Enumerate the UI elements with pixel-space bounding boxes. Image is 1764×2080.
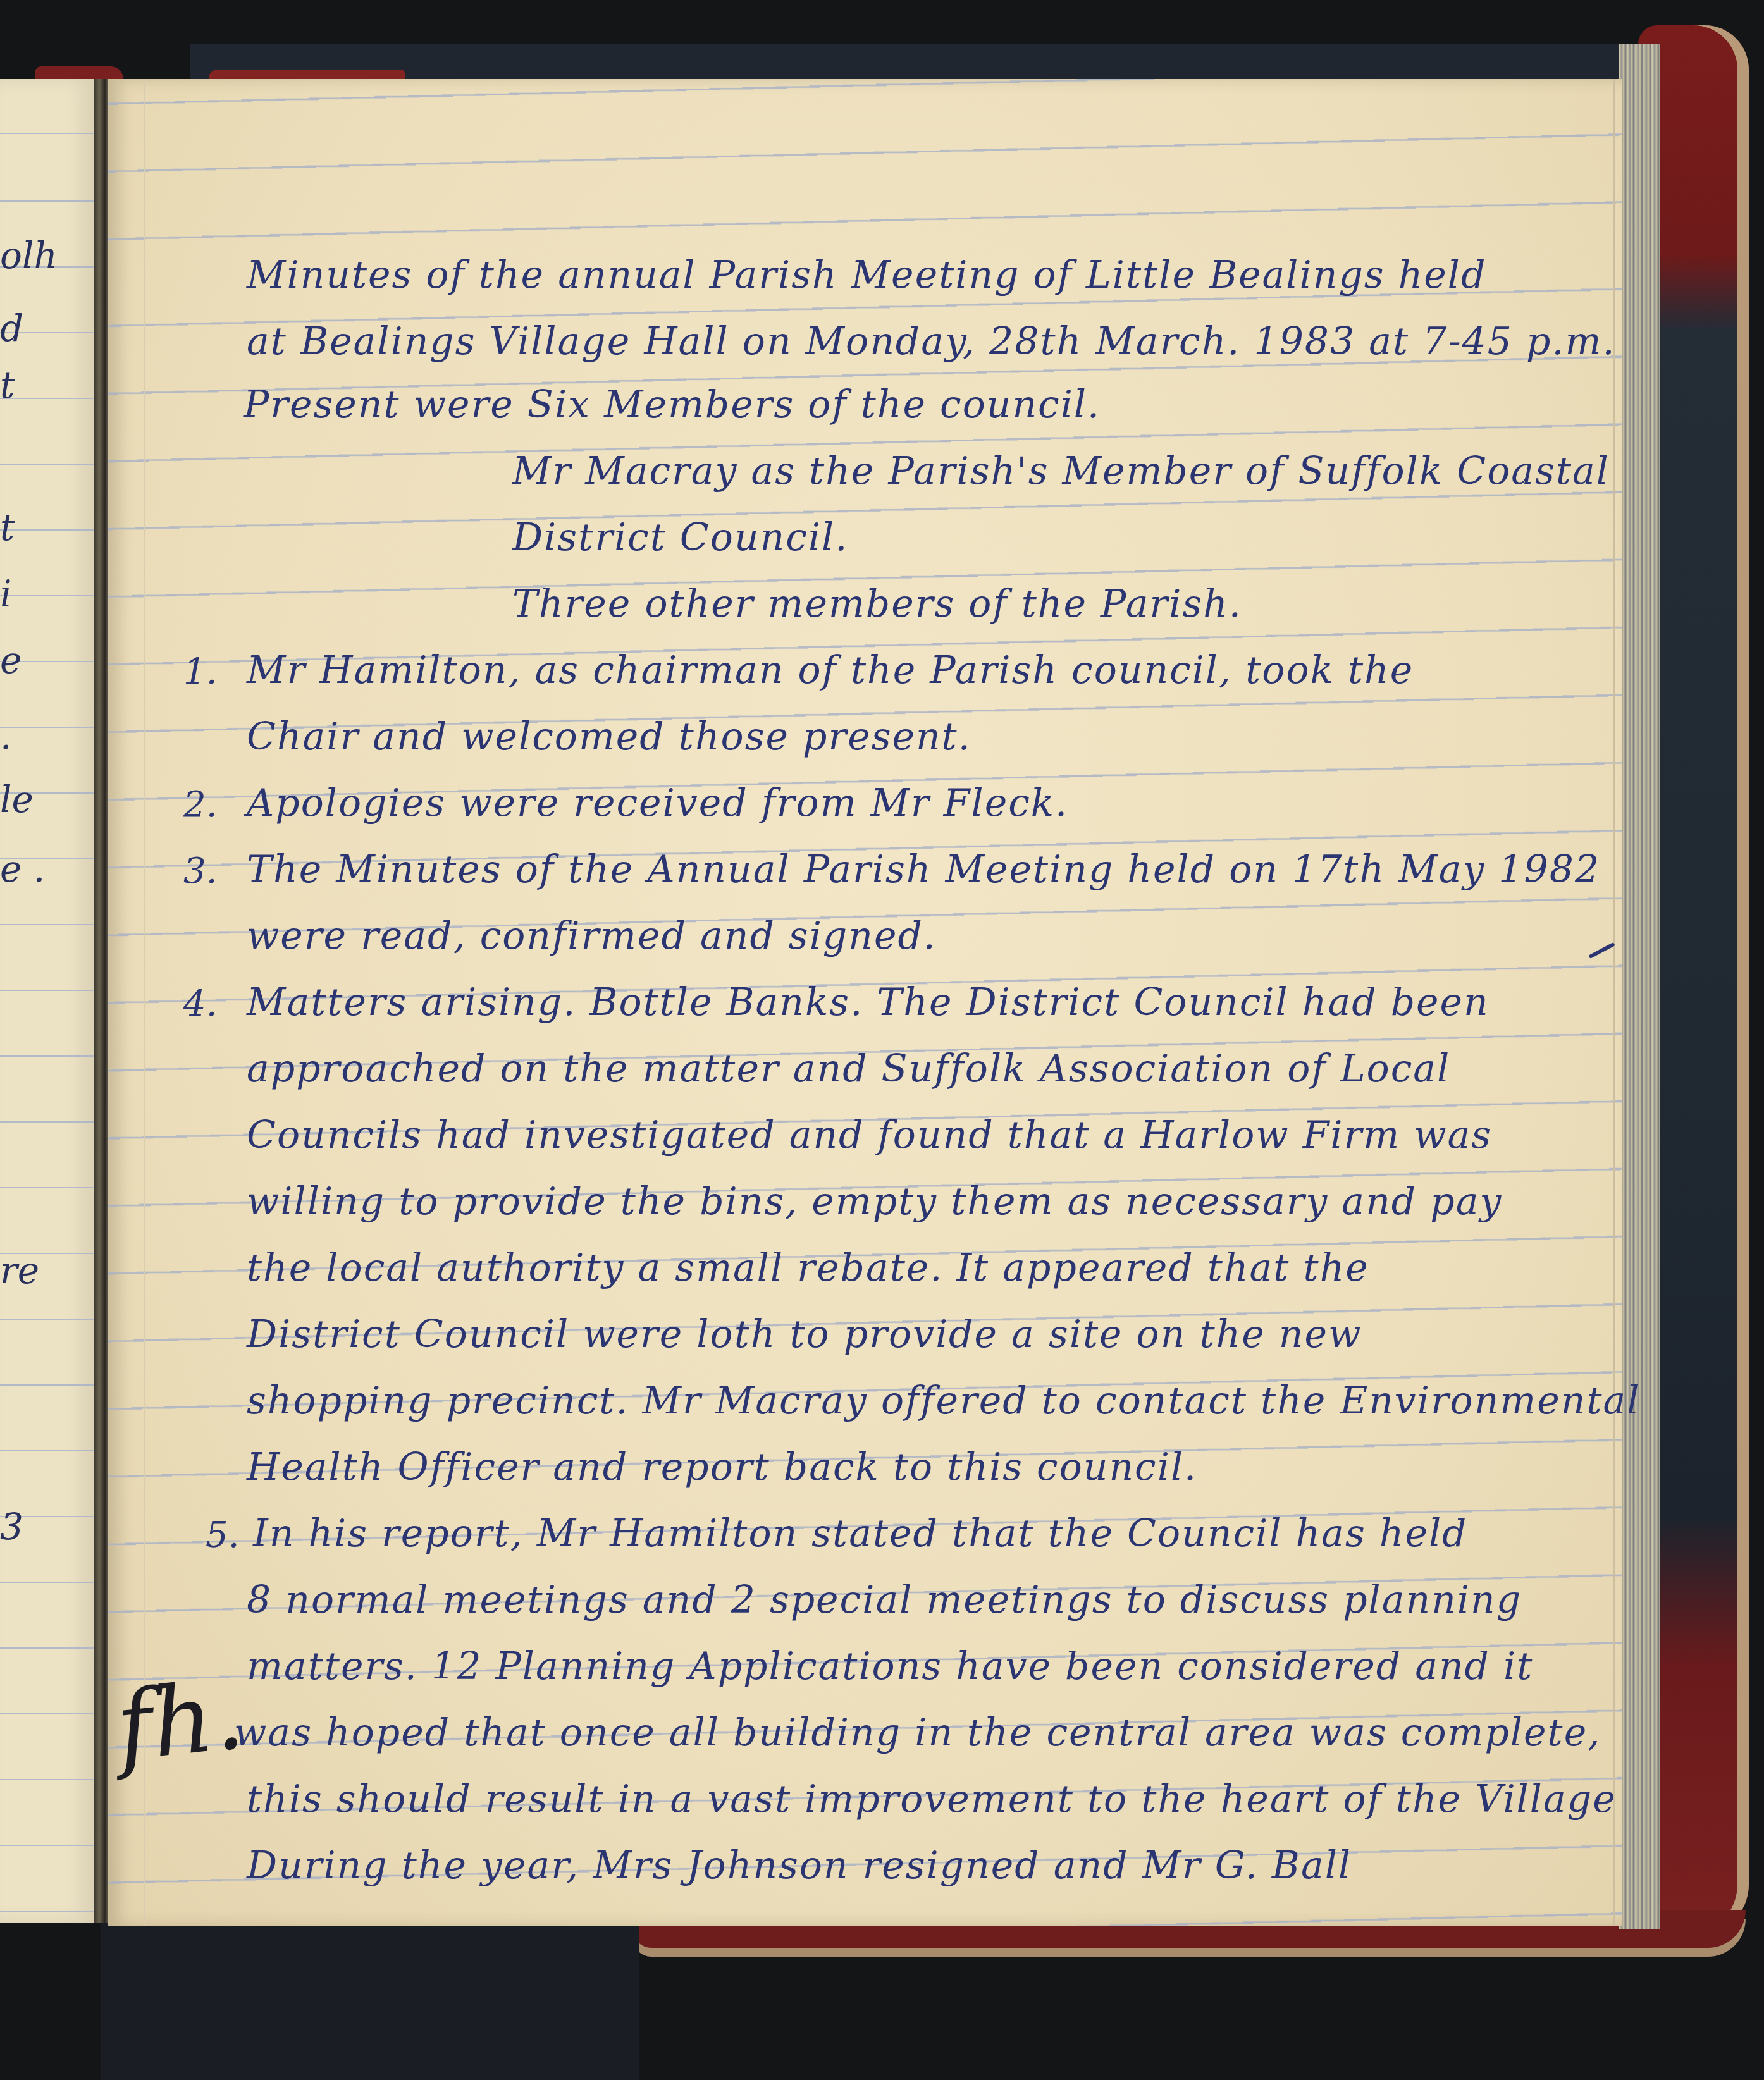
left-fragment: .: [0, 715, 82, 758]
left-fragment: t: [0, 364, 82, 407]
book-cover-spine: [190, 44, 1720, 82]
left-page: olh d t t i e . le e . re 3: [0, 79, 95, 1923]
item-line: Matters arising. Bottle Banks. The Distr…: [247, 983, 1490, 1021]
left-fragment: re: [0, 1249, 82, 1292]
item-number: 2.: [183, 784, 217, 825]
book-cover-bottom-dark: [101, 1923, 639, 2080]
item-line: Health Officer and report back to this c…: [247, 1448, 1197, 1486]
minutes-heading-line: Minutes of the annual Parish Meeting of …: [247, 256, 1486, 294]
left-fragment: olh: [0, 234, 82, 277]
left-fragment: le: [0, 778, 82, 821]
item-line: willing to provide the bins, empty them …: [247, 1183, 1502, 1221]
item-line: approached on the matter and Suffolk Ass…: [247, 1050, 1450, 1088]
item-line: this should result in a vast improvement…: [247, 1780, 1617, 1818]
left-fragment: d: [0, 307, 82, 350]
item-line: matters. 12 Planning Applications have b…: [247, 1647, 1533, 1685]
item-line: Apologies were received from Mr Fleck.: [247, 784, 1068, 822]
item-line: the local authority a small rebate. It a…: [247, 1249, 1369, 1287]
item-number: 1.: [183, 651, 217, 692]
item-number: 3.: [183, 851, 217, 892]
minutes-present-line: Present were Six Members of the council.: [244, 386, 1101, 424]
item-line: 8 normal meetings and 2 special meetings…: [247, 1581, 1522, 1619]
left-fragment: i: [0, 572, 82, 615]
item-number: 5.: [206, 1515, 239, 1556]
item-line: In his report, Mr Hamilton stated that t…: [253, 1515, 1468, 1553]
left-fragment: 3: [0, 1505, 82, 1548]
page-edges: [1619, 44, 1660, 1929]
attendee-line: Three other members of the Parish.: [512, 585, 1242, 623]
page-margin-line-left: [144, 79, 145, 1926]
item-line: During the year, Mrs Johnson resigned an…: [247, 1847, 1352, 1885]
item-line: was hoped that once all building in the …: [234, 1714, 1601, 1752]
attendee-line: District Council.: [512, 519, 848, 557]
left-page-ruling: [0, 79, 95, 1923]
item-line: Mr Hamilton, as chairman of the Parish c…: [247, 651, 1414, 689]
attendee-line: Mr Macray as the Parish's Member of Suff…: [512, 452, 1610, 490]
left-fragment: t: [0, 506, 82, 549]
item-line: District Council were loth to provide a …: [247, 1315, 1362, 1353]
item-number: 4.: [183, 983, 217, 1025]
left-fragment: e: [0, 639, 82, 682]
item-line: shopping precinct. Mr Macray offered to …: [247, 1382, 1641, 1420]
left-fragment: e .: [0, 847, 82, 890]
margin-initials-signature: fh.: [111, 1660, 249, 1783]
item-line: Councils had investigated and found that…: [247, 1116, 1492, 1154]
minutes-heading-line: at Bealings Village Hall on Monday, 28th…: [247, 323, 1616, 360]
item-line: were read, confirmed and signed.: [247, 917, 937, 955]
item-line: The Minutes of the Annual Parish Meeting…: [247, 851, 1600, 889]
item-line: Chair and welcomed those present.: [247, 718, 971, 756]
